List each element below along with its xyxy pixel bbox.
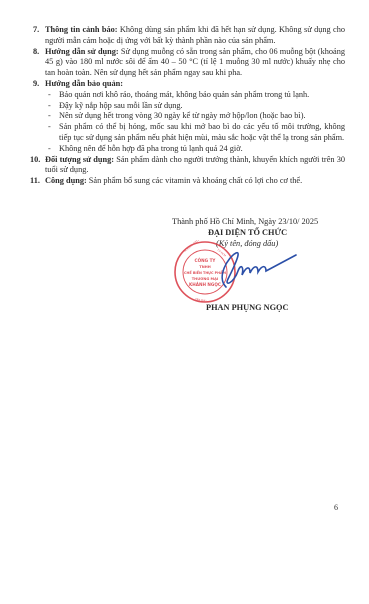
section-8: 8. Hướng dẫn sử dụng: Sử dụng muỗng có s… [33,47,345,79]
section-11: 11. Công dụng: Sản phẩm bổ sung các vita… [33,176,345,187]
section-title: Công dụng: [45,176,87,185]
section-number: 7. [33,25,39,36]
section-title: Đối tượng sử dụng: [45,155,114,164]
bullet-marker: - [48,90,51,101]
list-item: -Nên sử dụng hết trong vòng 30 ngày kể t… [33,111,345,122]
section-title: Hướng dẫn bảo quản: [45,79,123,88]
organization-label: ĐẠI DIỆN TỔ CHỨC [208,228,287,237]
storage-bullet-list: -Bảo quản nơi khô ráo, thoáng mát, không… [33,90,345,155]
document-page: 7. Thông tin cảnh báo: Không dùng sản ph… [0,0,369,604]
handwritten-signature-icon [208,247,298,292]
section-7: 7. Thông tin cảnh báo: Không dùng sản ph… [33,25,345,47]
section-number: 11. [30,176,40,187]
section-9: 9. Hướng dẫn bảo quản: [33,79,345,90]
scan-artifact [6,3,16,8]
svg-text:TÂN PHÚ: TÂN PHÚ [195,296,207,303]
section-number: 10. [30,155,40,166]
signer-name: PHAN PHỤNG NGỌC [206,303,289,312]
list-item: -Sản phẩm có thể bị hỏng, mốc sau khi mở… [33,122,345,144]
list-item-text: Sản phẩm có thể bị hỏng, mốc sau khi mở … [59,122,345,142]
list-item: -Đậy kỹ nắp hộp sau mỗi lần sử dụng. [33,101,345,112]
list-item-text: Không nên để hỗn hợp đã pha trong tủ lạn… [59,144,243,153]
page-number: 6 [334,503,338,512]
document-body: 7. Thông tin cảnh báo: Không dùng sản ph… [33,25,345,187]
list-item: -Bảo quản nơi khô ráo, thoáng mát, không… [33,90,345,101]
section-number: 9. [33,79,39,90]
list-item-text: Nên sử dụng hết trong vòng 30 ngày kể từ… [59,111,306,120]
section-title: Hướng dẫn sử dụng: [45,47,119,56]
list-item: -Không nên để hỗn hợp đã pha trong tủ lạ… [33,144,345,155]
section-title: Thông tin cảnh báo: [45,25,118,34]
section-number: 8. [33,47,39,58]
bullet-marker: - [48,122,51,133]
section-text: Sản phẩm bổ sung các vitamin và khoáng c… [87,176,302,185]
list-item-text: Đậy kỹ nắp hộp sau mỗi lần sử dụng. [59,101,183,110]
bullet-marker: - [48,101,51,112]
bullet-marker: - [48,111,51,122]
date-line: Thành phố Hồ Chí Minh, Ngày 23/10/ 2025 [172,217,318,226]
bullet-marker: - [48,144,51,155]
list-item-text: Bảo quản nơi khô ráo, thoáng mát, không … [59,90,309,99]
section-10: 10. Đối tượng sử dụng: Sản phẩm dành cho… [33,155,345,177]
